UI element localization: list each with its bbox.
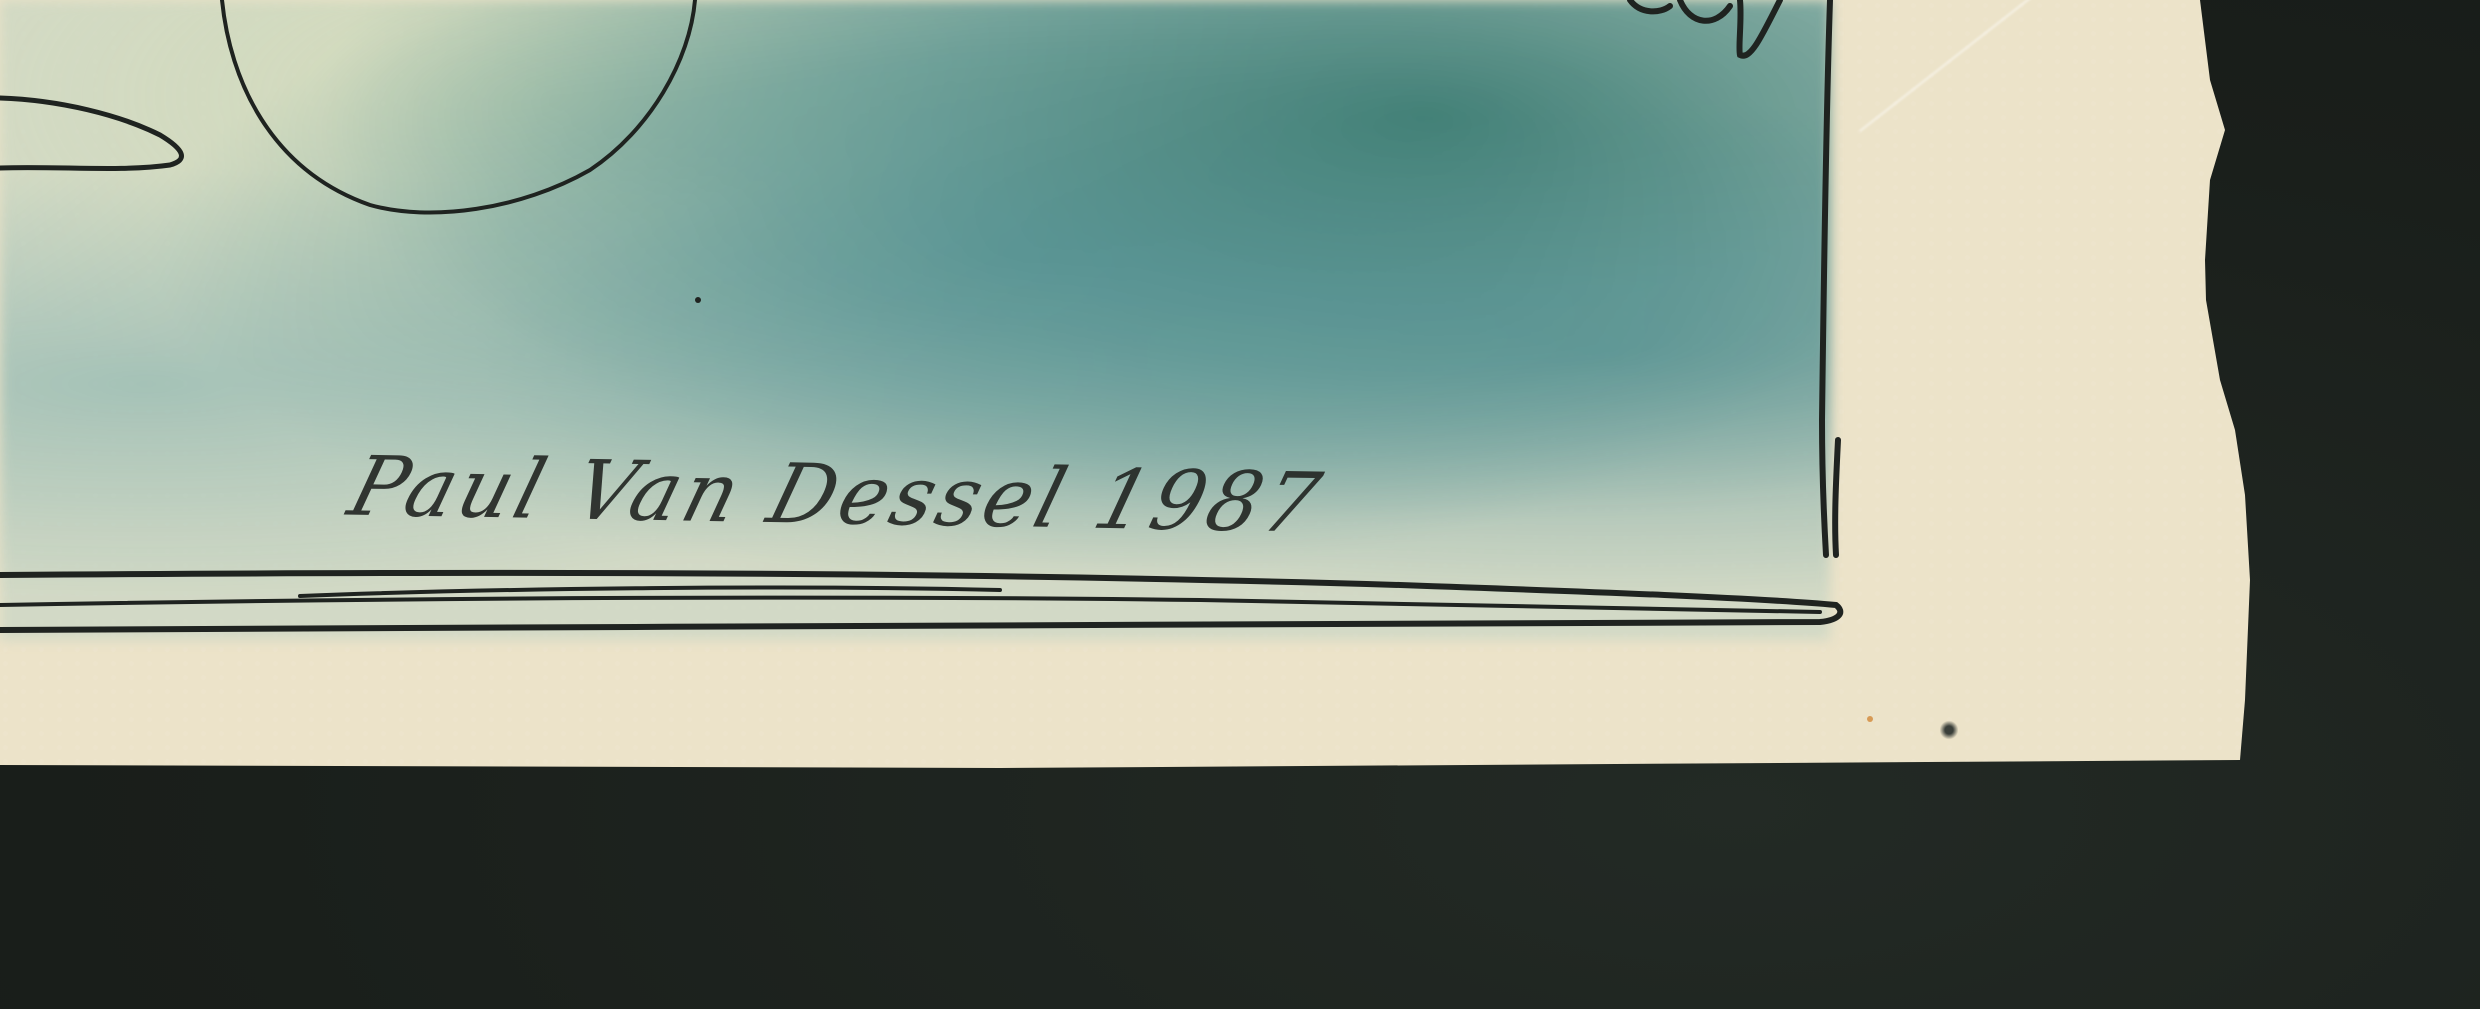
ink-scribble — [1630, 0, 1780, 56]
ink-oval-shape — [222, 0, 695, 212]
ink-dot — [695, 297, 701, 303]
ink-speck — [1940, 720, 1958, 740]
ink-leaf-shape — [0, 98, 181, 169]
artwork-photo: Paul Van Dessel 1987 — [0, 0, 2480, 1009]
artist-signature: Paul Van Dessel 1987 — [340, 440, 1334, 552]
paint-speck — [1867, 716, 1873, 722]
ink-frame-right — [1822, 0, 1838, 555]
